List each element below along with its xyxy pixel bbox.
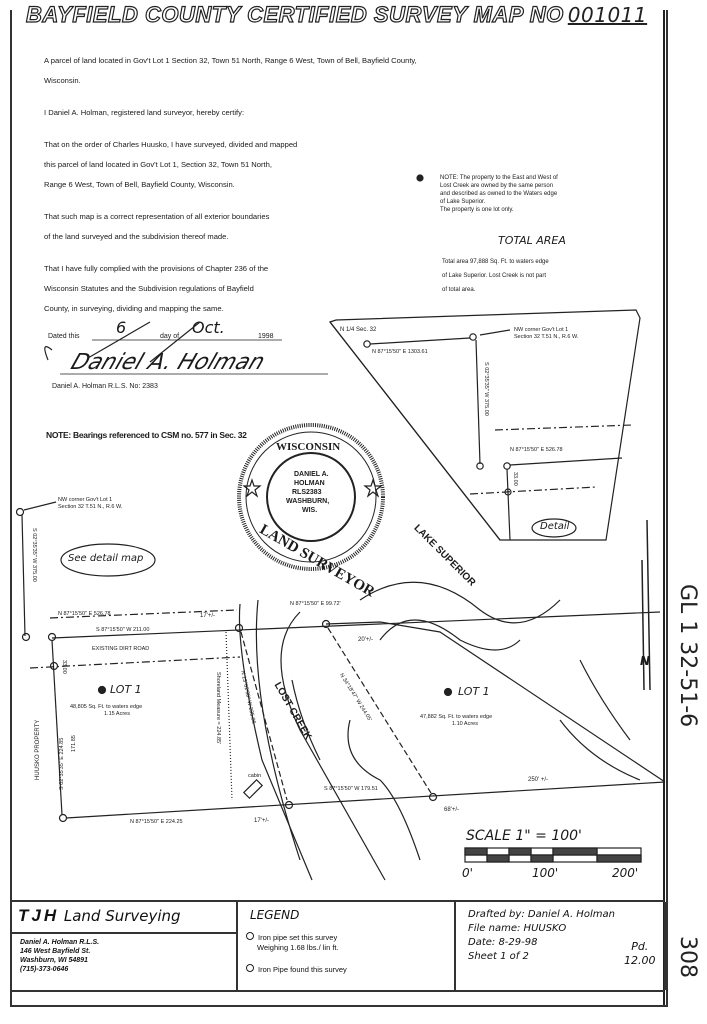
legend-text: Weighing 1.68 lbs./ lin ft.	[257, 943, 339, 952]
fee-amount: 12.00	[624, 954, 656, 968]
segment-label: 17'+/-	[200, 612, 215, 620]
segment-bearing: N 87°15'50" E 99.72'	[290, 600, 341, 608]
seal-name1: DANIEL A.	[294, 470, 329, 479]
firm-address: Daniel A. Holman R.L.S. 146 West Bayfiel…	[20, 938, 99, 974]
segment-label: 20'+/-	[358, 636, 373, 644]
huusko-property: HUUSKO PROPERTY	[34, 720, 42, 780]
west-bearing: S 02°35'35" W 375.00	[30, 528, 38, 582]
shoreland-measure: Shoreland Measure = 224.85'	[214, 672, 222, 744]
south-bearing: S 87°15'50" W 179.51	[324, 785, 378, 793]
top-bearing-n: N 87°15'50" E 526.78	[58, 610, 111, 618]
firm-cell: TJH Land Surveying Daniel A. Holman R.L.…	[12, 902, 238, 990]
north-arrow-label: N	[640, 654, 650, 668]
iron-pipe-set-icon	[246, 932, 254, 940]
nw-corner-label: Section 32 T.51 N., R.6 W.	[58, 503, 122, 511]
legend-text: Iron Pipe found this survey	[258, 965, 347, 974]
drafted-by: Drafted by: Daniel A. Holman	[468, 908, 615, 922]
detail-corner-label: Section 32 T.51 N., R.6 W.	[514, 333, 578, 341]
address-line: Daniel A. Holman R.L.S.	[20, 938, 99, 947]
sheet-number: Sheet 1 of 2	[468, 950, 615, 964]
seal-top: WISCONSIN	[276, 440, 340, 454]
lot-east-acres: 1.10 Acres	[452, 720, 478, 728]
quarter-label: N 1/4 Sec. 32	[340, 326, 376, 334]
draft-cell: Drafted by: Daniel A. Holman File name: …	[454, 902, 666, 990]
lot-west-acres: 1.15 Acres	[104, 710, 130, 718]
bottom-bearing: N 87°15'50" E 224.25	[130, 818, 183, 826]
seal-city: WASHBURN,	[286, 497, 329, 506]
detail-dist: 33.00	[511, 472, 519, 486]
legend-item-found: Iron Pipe found this survey	[246, 964, 347, 975]
address-line: 146 West Bayfield St.	[20, 947, 99, 956]
seal-reg: RLS2383	[292, 488, 322, 497]
legend-title: LEGEND	[250, 908, 299, 922]
legend-text: Iron pipe set this survey	[258, 933, 337, 942]
seal-name2: HOLMAN	[294, 479, 325, 488]
firm-divider	[12, 932, 236, 934]
scale-title: SCALE 1" = 100'	[466, 828, 582, 844]
address-line: Washburn, WI 54891	[20, 956, 99, 965]
page-number-note: 308	[675, 936, 700, 978]
cabin-label: cabin	[248, 772, 261, 780]
west-side-bearing: S 02°35'35" E 224.85	[58, 738, 66, 790]
lot-east-label: LOT 1	[458, 685, 490, 698]
seal-state: WIS.	[302, 506, 317, 515]
draft-date: Date: 8-29-98	[468, 936, 615, 950]
file-name: File name: HUUSKO	[468, 922, 615, 936]
survey-map	[0, 0, 707, 1024]
fee-note: Pd. 12.00	[624, 940, 656, 968]
legend-cell: LEGEND Iron pipe set this survey Weighin…	[236, 902, 456, 990]
scale-tick-0: 0'	[462, 866, 473, 880]
scale-tick-100: 100'	[532, 866, 558, 880]
road-label: EXISTING DIRT ROAD	[92, 645, 149, 653]
firm-name-text: Land Surveying	[64, 907, 181, 925]
segment-label: 17'+/-	[254, 817, 269, 825]
detail-label: Detail	[540, 521, 569, 532]
see-detail-label: See detail map	[68, 553, 143, 564]
detail-bearing-vert: S 02°35'35" W 375.00	[482, 362, 490, 416]
title-block: TJH Land Surveying Daniel A. Holman R.L.…	[12, 900, 664, 992]
dist-33: 33.00	[60, 660, 68, 674]
legend-item-set: Iron pipe set this survey Weighing 1.68 …	[246, 932, 339, 953]
draft-info: Drafted by: Daniel A. Holman File name: …	[468, 908, 615, 964]
firm-initials: TJH	[18, 906, 59, 925]
iron-pipe-found-icon	[246, 964, 254, 972]
scale-tick-200: 200'	[612, 866, 638, 880]
lot-west-label: LOT 1	[110, 683, 142, 696]
detail-bearing-top: N 87°15'50" E 1303.61	[372, 348, 428, 356]
firm-name: TJH Land Surveying	[18, 906, 181, 926]
detail-bearing-mid: N 87°15'50" E 526.78	[510, 446, 563, 454]
west-171: 171.85	[70, 735, 78, 752]
gl-note: GL 1 32-51-6	[675, 584, 700, 727]
fee-label: Pd.	[624, 940, 656, 954]
top-bearing-s: S 87°15'50" W 211.00	[96, 626, 149, 634]
phone-line: (715)-373-0646	[20, 965, 99, 974]
segment-label: 68'+/-	[444, 806, 459, 814]
segment-label: 250' +/-	[528, 776, 548, 784]
